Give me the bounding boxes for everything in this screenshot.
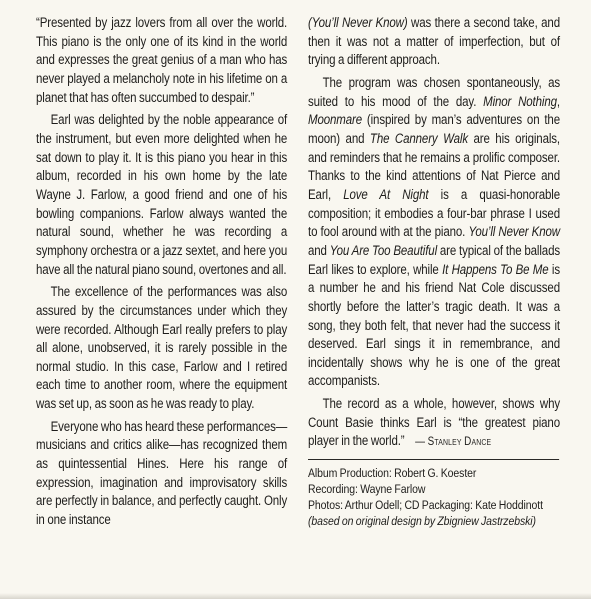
author-signature: — Stanley Dance [415,436,491,448]
page-edge-shadow [0,593,591,599]
credit-design-note: (based on original design by Zbigniew Ja… [308,513,560,529]
credit-album-production: Album Production: Robert G. Koester [308,465,560,481]
program-paragraph: The program was chosen spontaneously, as… [308,74,560,391]
song-title: You Are Too Beautiful [330,243,437,258]
signature-name: Stanley Dance [428,436,492,448]
second-take-paragraph: (You’ll Never Know) was there a second t… [308,14,560,70]
performances-paragraph: Everyone who has heard these performance… [36,418,287,530]
piano-recording-paragraph: Earl was delighted by the noble appearan… [36,111,287,279]
left-text-column: “Presented by jazz lovers from all over … [36,14,287,534]
song-title: (You’ll Never Know) [308,15,408,30]
song-title: It Happens To Be Me [442,262,548,277]
song-title: You’ll Never Know [468,224,560,239]
song-title: The Cannery Walk [370,131,468,146]
paragraph-text: , [557,94,560,109]
song-title: Love At Night [343,187,428,202]
credits-block: Album Production: Robert G. Koester Reco… [308,465,560,529]
paragraph-text: is a number he and his friend Nat Cole d… [308,262,560,389]
signature-dash: — [415,436,428,448]
closing-paragraph: The record as a whole, however, shows wh… [308,395,560,452]
right-text-column: (You’ll Never Know) was there a second t… [308,14,560,529]
recording-circumstances-paragraph: The excellence of the performances was a… [36,283,287,414]
credit-photos-packaging: Photos: Arthur Odell; CD Packaging: Kate… [308,497,560,513]
song-title: Minor Nothing [483,94,557,109]
quote-paragraph: “Presented by jazz lovers from all over … [36,14,287,107]
credits-divider [308,459,559,460]
paragraph-text: and [308,243,330,258]
credit-recording: Recording: Wayne Farlow [308,481,560,497]
song-title: Moonmare [308,112,362,127]
